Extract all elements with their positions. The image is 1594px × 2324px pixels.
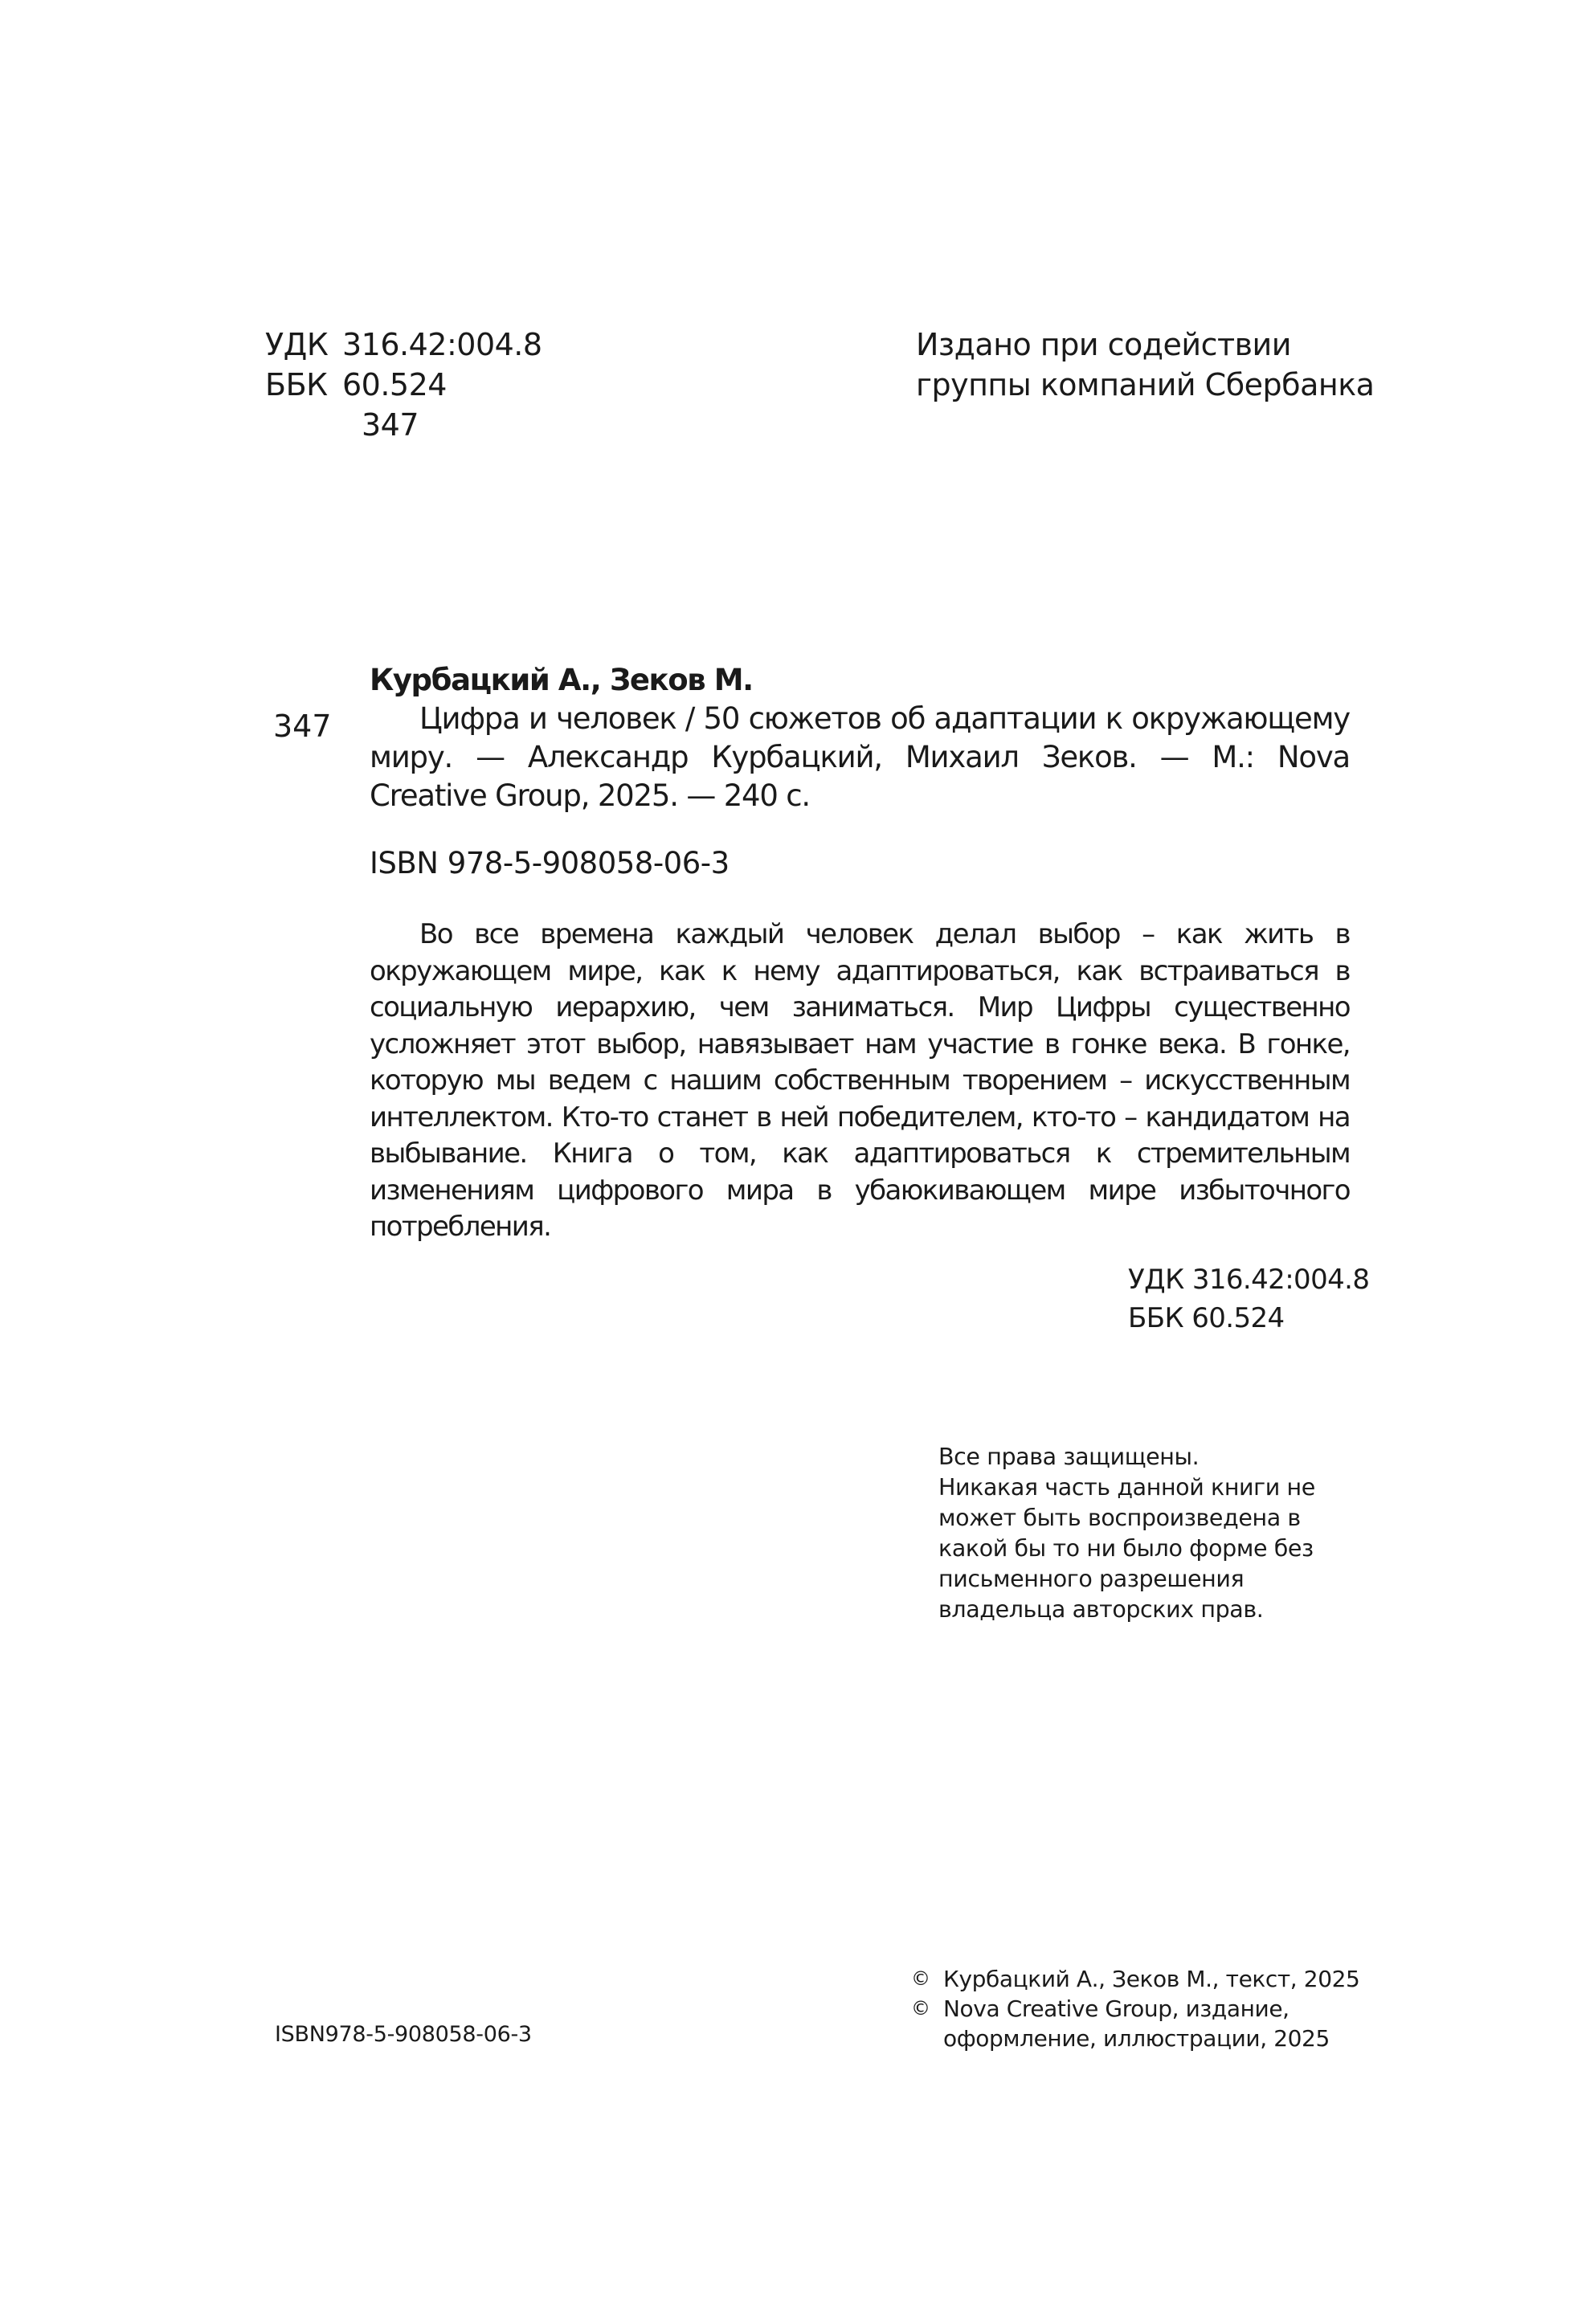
margin-author-mark: 347 (273, 707, 332, 745)
copyright-block: © Курбацкий А., Зеков М., текст, 2025 © … (911, 1964, 1359, 2053)
udk-line: УДК 316.42:004.8 (1128, 1260, 1350, 1299)
udk-row: УДК 316.42:004.8 (265, 325, 542, 365)
copyright-line-2: Nova Creative Group, издание, (943, 1994, 1290, 2024)
bottom-isbn: ISBN978-5-908058-06-3 (275, 2020, 532, 2049)
sponsor-line-2: группы компаний Сбербанка (916, 365, 1374, 405)
bbk-line: ББК 60.524 (1128, 1299, 1350, 1338)
bbk-label: ББК (265, 365, 342, 405)
bbk-row: ББК 60.524 (265, 365, 542, 405)
sponsor-line-1: Издано при содействии (916, 325, 1374, 365)
copyright-row-2: © Nova Creative Group, издание, (911, 1994, 1359, 2024)
isbn-line: ISBN 978-5-908058-06-3 (370, 844, 1350, 883)
book-description: Цифра и человек / 50 сюжетов об адаптаци… (370, 700, 1350, 815)
copyright-row-1: © Курбацкий А., Зеков М., текст, 2025 (911, 1964, 1359, 1994)
copyright-icon: © (911, 1994, 943, 2024)
bbk-value: 60.524 (342, 365, 447, 405)
rights-line-1: Все права защищены. (938, 1442, 1372, 1472)
sponsor-note: Издано при содействии группы компаний Сб… (916, 325, 1374, 405)
author-mark: 347 (265, 405, 542, 445)
rights-notice: Все права защищены. Никакая часть данной… (938, 1442, 1372, 1625)
book-annotation: Во все времена каждый человек делал выбо… (370, 917, 1350, 1246)
copyright-line-1: Курбацкий А., Зеков М., текст, 2025 (943, 1964, 1359, 1994)
udk-value: 316.42:004.8 (342, 325, 542, 365)
classification-codes: УДК 316.42:004.8 ББК 60.524 (1128, 1260, 1350, 1338)
rights-line-2: Никакая часть данной книги не может быть… (938, 1472, 1372, 1625)
copyright-icon: © (911, 1964, 943, 1994)
copyright-line-3: оформление, иллюстрации, 2025 (911, 2024, 1359, 2053)
authors-heading: Курбацкий А., Зеков М. (370, 661, 1350, 700)
classification-block: УДК 316.42:004.8 ББК 60.524 347 (265, 325, 542, 445)
bibliographic-record: Курбацкий А., Зеков М. Цифра и человек /… (370, 661, 1350, 1338)
udk-label: УДК (265, 325, 342, 365)
